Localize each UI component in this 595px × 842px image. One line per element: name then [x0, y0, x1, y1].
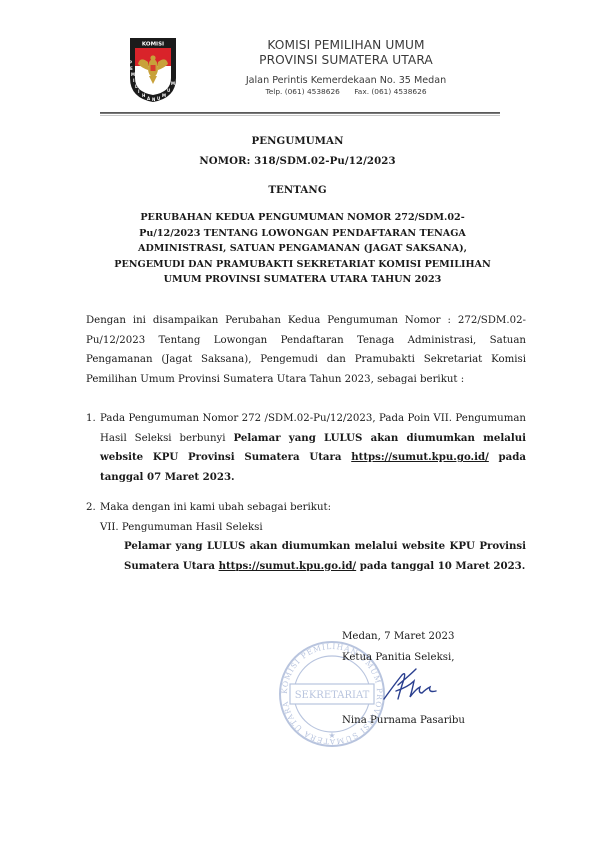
- letterhead: KOMISI PEMILIHAN UMUM PROVINSI SUMATERA …: [236, 38, 456, 97]
- intro-paragraph: Dengan ini disampaikan Perubahan Kedua P…: [86, 311, 526, 389]
- revised-announcement: Pelamar yang LULUS akan diumumkan melalu…: [86, 537, 526, 576]
- org-fax: Fax. (061) 4538626: [354, 87, 426, 96]
- signature-role: Ketua Panitia Seleksi,: [342, 651, 454, 665]
- subject-line: ADMINISTRASI, SATUAN PENGAMANAN (JAGAT S…: [110, 241, 495, 257]
- list-number: 2.: [86, 498, 96, 518]
- item-date-text: pada tanggal 10 Maret 2023.: [356, 560, 525, 572]
- kpu-website-link[interactable]: https://sumut.kpu.go.id/: [219, 560, 357, 572]
- org-name-line2: PROVINSI SUMATERA UTARA: [236, 53, 456, 68]
- document-page: KOMISI PEM ILI HAN UMU M KOMISI PEMILIHA…: [0, 0, 595, 842]
- announcement-subject: PERUBAHAN KEDUA PENGUMUMAN NOMOR 272/SDM…: [110, 210, 495, 288]
- announcement-title: PENGUMUMAN: [0, 135, 595, 147]
- svg-text:SEKRETARIAT: SEKRETARIAT: [295, 690, 370, 701]
- subject-line: PENGEMUDI DAN PRAMUBAKTI SEKRETARIAT KOM…: [96, 257, 509, 273]
- announcement-about: TENTANG: [0, 184, 595, 196]
- subject-line: UMUM PROVINSI SUMATERA UTARA TAHUN 2023: [110, 272, 495, 288]
- signature-place-date: Medan, 7 Maret 2023: [342, 630, 454, 644]
- list-item: 1. Pada Pengumuman Nomor 272 /SDM.02-Pu/…: [86, 409, 526, 487]
- org-name-line1: KOMISI PEMILIHAN UMUM: [236, 38, 456, 53]
- subject-line: PERUBAHAN KEDUA PENGUMUMAN NOMOR 272/SDM…: [110, 210, 495, 226]
- org-contact: Telp. (061) 4538626 Fax. (061) 4538626: [236, 87, 456, 97]
- announcement-number: NOMOR: 318/SDM.02-Pu/12/2023: [0, 155, 595, 167]
- subject-line: Pu/12/2023 TENTANG LOWONGAN PENDAFTARAN …: [110, 226, 495, 242]
- svg-text:★: ★: [328, 731, 335, 740]
- kpu-website-link[interactable]: https://sumut.kpu.go.id/: [351, 451, 489, 463]
- svg-text:KOMISI: KOMISI: [142, 42, 164, 48]
- section-heading: VII. Pengumuman Hasil Seleksi: [86, 518, 526, 538]
- handwritten-signature-icon: [380, 665, 440, 707]
- letterhead-divider-shadow: [100, 115, 500, 116]
- kpu-garuda-emblem-icon: KOMISI PEM ILI HAN UMU M: [126, 34, 180, 104]
- org-address: Jalan Perintis Kemerdekaan No. 35 Medan: [236, 74, 456, 87]
- letterhead-divider: [100, 112, 500, 114]
- org-phone: Telp. (061) 4538626: [265, 87, 339, 96]
- item-text: Maka dengan ini kami ubah sebagai beriku…: [100, 502, 331, 513]
- signatory-name: Nina Purnama Pasaribu: [342, 714, 465, 728]
- list-item: 2. Maka dengan ini kami ubah sebagai ber…: [86, 498, 526, 576]
- list-number: 1.: [86, 409, 96, 429]
